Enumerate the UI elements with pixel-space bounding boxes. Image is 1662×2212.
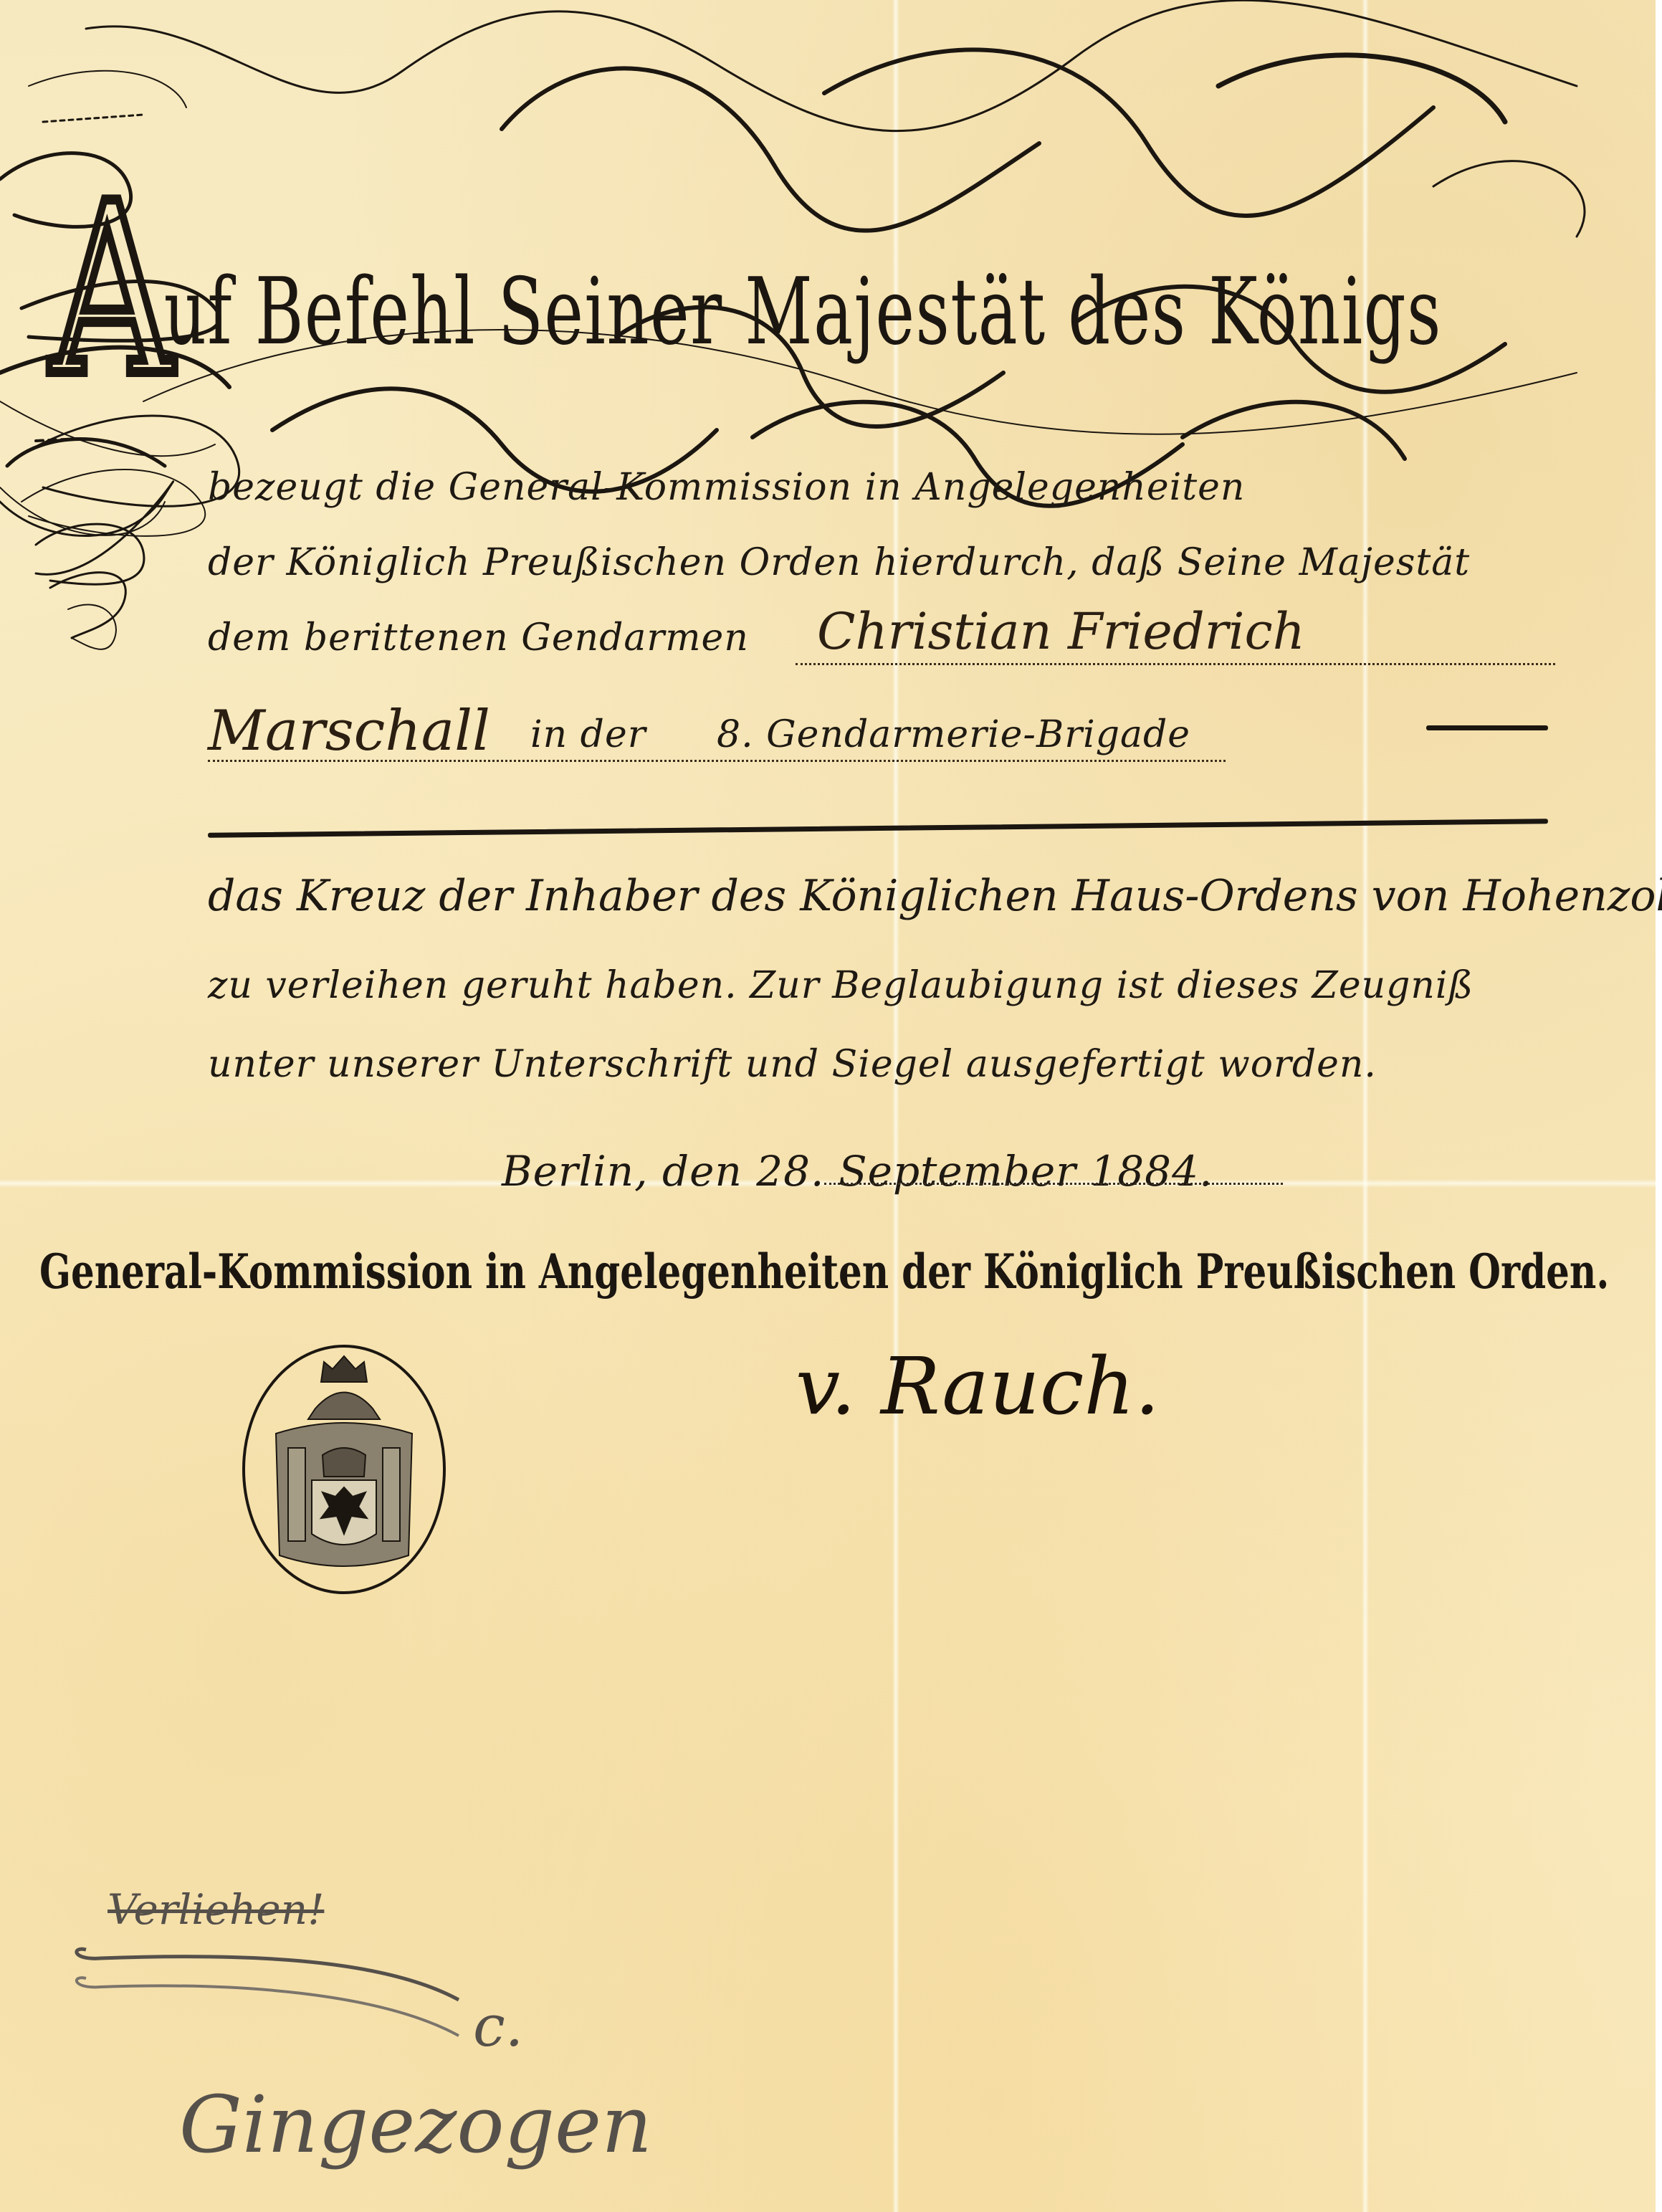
issuing-authority: General-Kommission in Angelegenheiten de… [39, 1244, 1609, 1300]
award-line-3: unter unserer Unterschrift und Siegel au… [208, 1043, 1377, 1086]
date-month: September [839, 1147, 1076, 1196]
line-end-rule [1426, 725, 1548, 730]
award-line-1: das Kreuz der Inhaber des Königlichen Ha… [208, 871, 1662, 921]
body-line-2: der Königlich Preußischen Orden hierdurc… [208, 541, 1470, 584]
pencil-note: Gingezogen [179, 2079, 652, 2170]
recipient-surname: Marschall [208, 699, 490, 763]
body-line-3: dem berittenen Gendarmen [208, 616, 749, 659]
pencil-mark: c. [473, 1993, 523, 2059]
certificate-heading: Auf Befehl Seiner Majestät des Königs [50, 172, 1185, 409]
award-line-2: zu verleihen geruht haben. Zur Beglaubig… [208, 964, 1474, 1007]
place: Berlin, den [502, 1147, 742, 1196]
heading-text: uf Befehl Seiner Majestät des Königs [164, 259, 1442, 366]
fill-in-dotted-line [796, 663, 1555, 665]
fill-in-dotted-line [824, 1183, 1283, 1185]
recipient-first-names: Christian Friedrich [817, 602, 1305, 661]
signature: v. Rauch. [796, 1340, 1160, 1432]
crossed-out-pencil-note: Verliehen! [108, 1885, 324, 1934]
certificate-paper: Auf Befehl Seiner Majestät des Königs be… [0, 0, 1656, 2212]
illuminated-initial: A [50, 172, 174, 409]
coat-of-arms-seal [237, 1340, 452, 1598]
date-day: 28. [756, 1147, 824, 1196]
fill-in-dotted-line [208, 760, 1226, 762]
body-line-1: bezeugt die General-Kommission in Angele… [208, 466, 1245, 509]
unit-prefix: in der [530, 713, 646, 756]
crown-icon [321, 1356, 367, 1382]
unit-name: 8. Gendarmerie-Brigade [717, 713, 1190, 756]
place-date: Berlin, den 28. September 1884. [502, 1147, 1213, 1196]
date-year: 1884. [1090, 1147, 1213, 1196]
